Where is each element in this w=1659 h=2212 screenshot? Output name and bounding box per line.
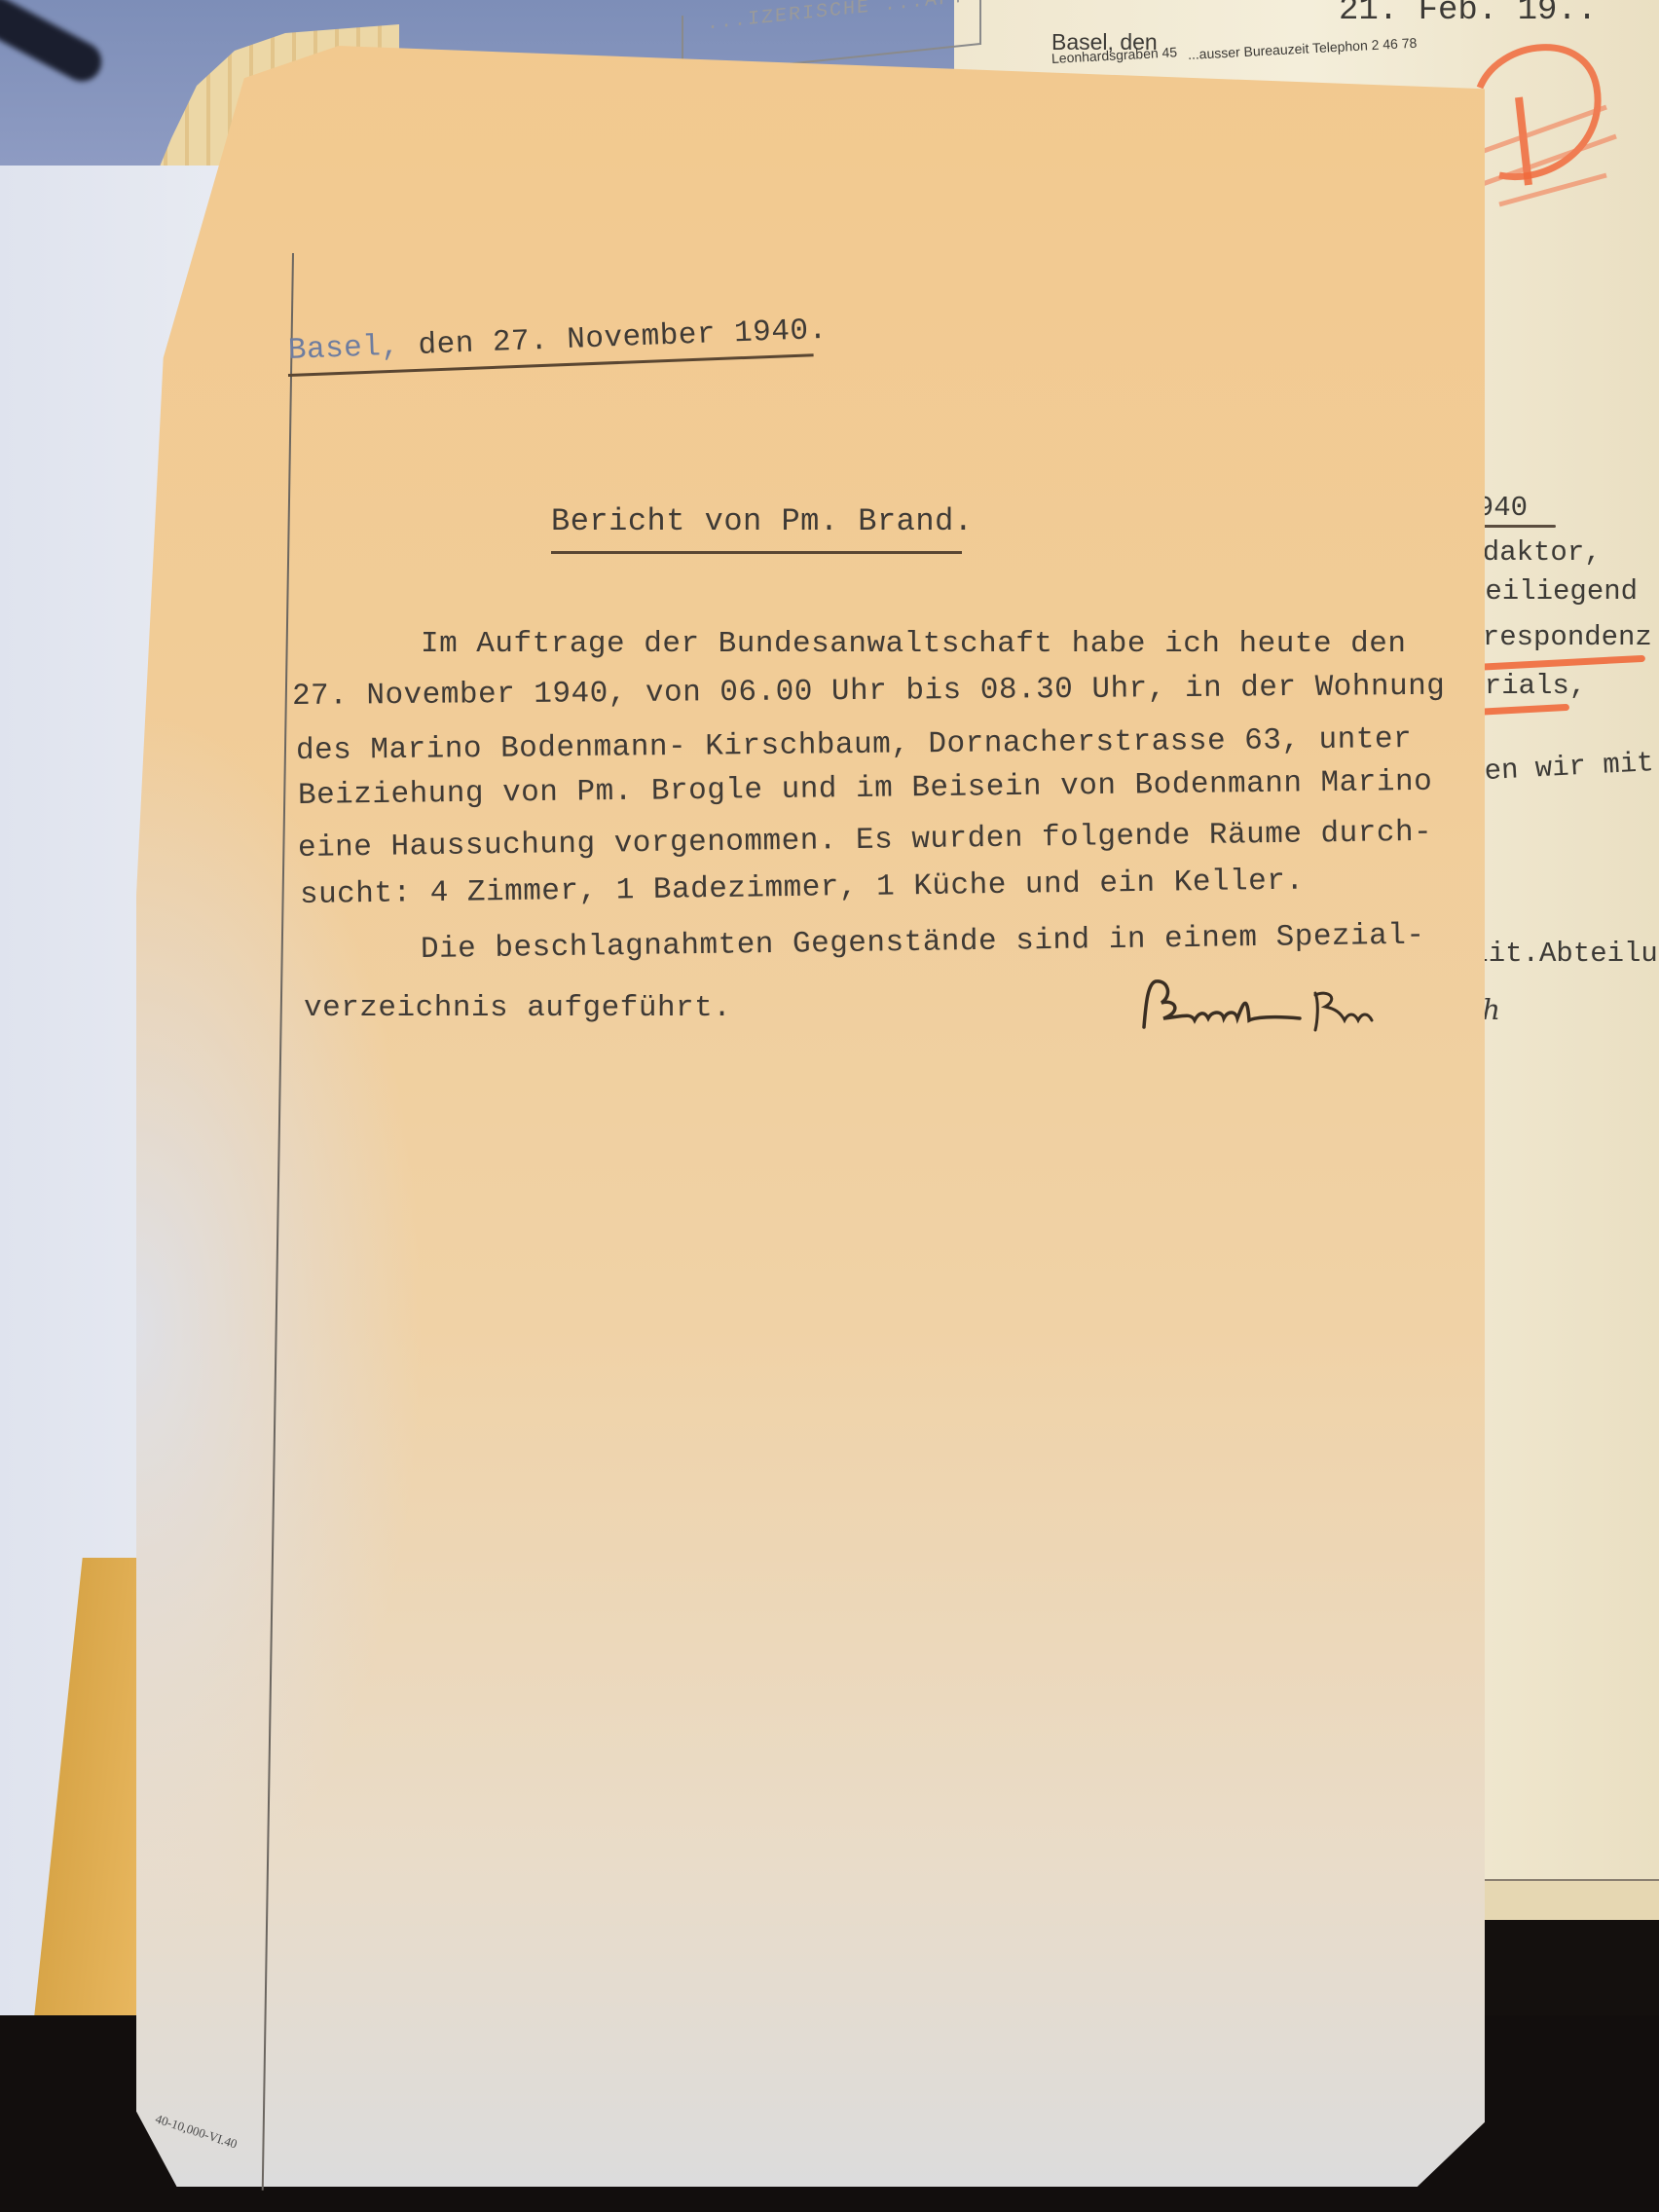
body-line: des Marino Bodenmann- Kirschbaum, Dornac…: [296, 722, 1412, 768]
report-content: Basel, den 27. November 1940. Bericht vo…: [0, 0, 1659, 2212]
body-line: verzeichnis aufgeführt.: [304, 991, 731, 1025]
title-underline: [551, 551, 962, 554]
report-date-line: Basel, den 27. November 1940.: [287, 313, 828, 368]
form-print-code: 40-10,000-VI.40: [154, 2111, 240, 2152]
body-line: Beiziehung von Pm. Brogle und im Beisein…: [298, 765, 1433, 813]
body-line: Die beschlagnahmten Gegenstände sind in …: [421, 919, 1425, 967]
report-title: Bericht von Pm. Brand.: [551, 503, 973, 539]
body-line: Im Auftrage der Bundesanwaltschaft habe …: [421, 627, 1406, 661]
report-city: Basel,: [287, 330, 400, 368]
signature-icon: [1134, 974, 1407, 1042]
body-line: 27. November 1940, von 06.00 Uhr bis 08.…: [292, 670, 1446, 714]
body-line: sucht: 4 Zimmer, 1 Badezimmer, 1 Küche u…: [300, 865, 1305, 912]
body-line: eine Haussuchung vorgenommen. Es wurden …: [298, 816, 1433, 866]
